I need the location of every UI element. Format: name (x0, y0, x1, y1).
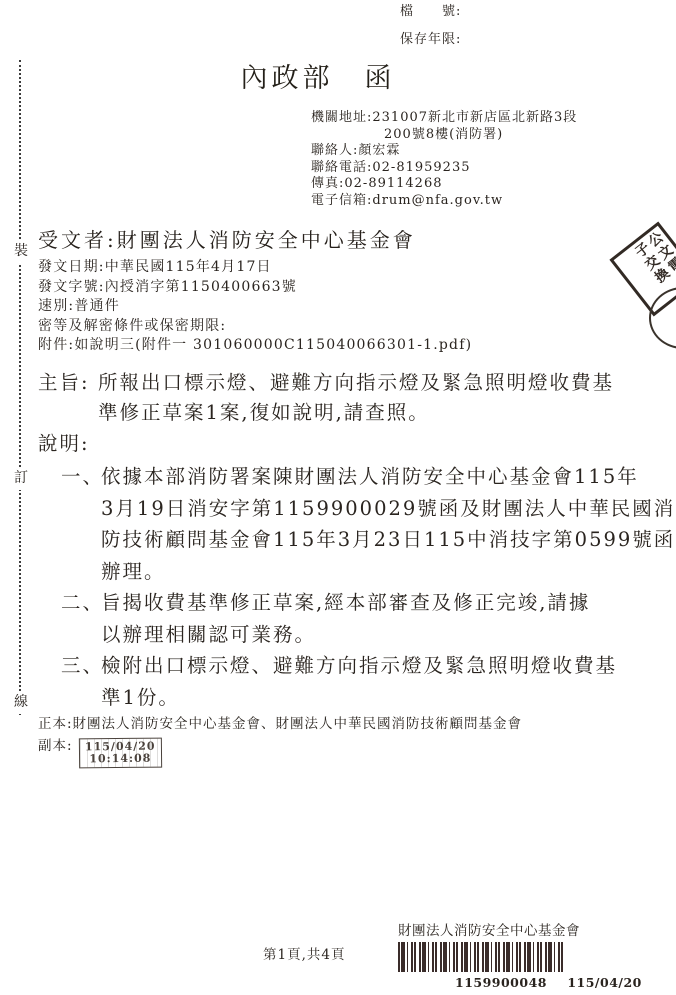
file-number-label: 檔 號: (400, 4, 490, 19)
sender-address-line2: 200號8樓(消防署) (384, 127, 577, 144)
explanation-label: 說明: (38, 428, 90, 456)
receipt-stamp-time: 10:14:08 (89, 752, 151, 766)
original-copy-line: 正本:財團法人消防安全中心基金會、財團法人中華民國消防技術顧問基金會 (38, 715, 522, 734)
barcode-numbers-row: 1159900048 115/04/20 (398, 975, 638, 990)
item-line: 3月19日消安字第1159900029號函及財團法人中華民國消 (101, 493, 675, 525)
dispatch-date: 發文日期:中華民國115年4月17日 (38, 258, 472, 278)
recipient-line: 受文者:財團法人消防安全中心基金會 (38, 224, 416, 253)
document-title: 內政部 函 (188, 56, 448, 95)
page-number-info: 第1頁,共4頁 (263, 943, 345, 963)
carbon-copy-label: 副本: (38, 737, 73, 756)
item-number: 二、 (61, 587, 104, 619)
binding-mark-zhuang: 裝 (12, 240, 30, 263)
speed-class: 速別:普通件 (38, 297, 472, 317)
subject-block: 主旨: 所報出口標示燈、避難方向指示燈及緊急照明燈收費基 準修正草案1案,復如說… (38, 368, 614, 428)
retention-period-label: 保存年限: (400, 32, 490, 47)
sender-address-line1: 機關地址:231007新北市新店區北新路3段 (311, 110, 577, 127)
item-line: 辦理。 (101, 556, 675, 588)
item-line: 依據本部消防署案陳財團法人消防安全中心基金會115年 (101, 461, 675, 493)
dispatch-number: 發文字號:內授消字第1150400663號 (38, 278, 472, 298)
item-line: 旨揭收費基準修正草案,經本部審查及修正完竣,請據 (101, 587, 675, 619)
item-number: 三、 (61, 650, 104, 682)
sender-contact-block: 機關地址:231007新北市新店區北新路3段 200號8樓(消防署) 聯絡人:顏… (311, 110, 577, 209)
item-line: 準1份。 (101, 682, 675, 714)
item-line: 以辦理相關認可業務。 (101, 619, 675, 651)
explanation-item-3: 三、 檢附出口標示燈、避難方向指示燈及緊急照明燈收費基 準1份。 (61, 650, 675, 713)
binding-mark-xian: 線 (12, 691, 30, 714)
sender-phone: 聯絡電話:02-81959235 (311, 160, 577, 177)
sender-contact-person: 聯絡人:顏宏霖 (311, 143, 577, 160)
binding-dotted-line (19, 60, 21, 715)
subject-label: 主旨: (38, 368, 90, 398)
item-line: 檢附出口標示燈、避難方向指示燈及緊急照明燈收費基 (101, 650, 675, 682)
archive-labels: 檔 號: 保存年限: (400, 4, 490, 60)
barcode-image (398, 942, 563, 972)
dispatch-meta-block: 發文日期:中華民國115年4月17日 發文字號:內授消字第1150400663號… (38, 258, 472, 356)
security-class: 密等及解密條件或保密期限: (38, 317, 472, 337)
binding-mark-ding: 訂 (12, 467, 30, 490)
barcode-organization: 財團法人消防安全中心基金會 (398, 919, 638, 939)
subject-line: 準修正草案1案,復如說明,請查照。 (98, 398, 614, 428)
barcode-number: 1159900048 (455, 975, 547, 990)
receipt-timestamp-stamp: 115/04/20 10:14:08 (78, 738, 161, 769)
explanation-item-1: 一、 依據本部消防署案陳財團法人消防安全中心基金會115年 3月19日消安字第1… (61, 461, 675, 587)
copies-block: 正本:財團法人消防安全中心基金會、財團法人中華民國消防技術顧問基金會 副本: 1… (38, 715, 522, 768)
item-number: 一、 (61, 461, 104, 493)
attachment-line: 附件:如說明三(附件一 301060000C115040066301-1.pdf… (38, 336, 472, 356)
explanation-items: 一、 依據本部消防署案陳財團法人消防安全中心基金會115年 3月19日消安字第1… (61, 461, 675, 713)
barcode-date: 115/04/20 (567, 975, 642, 990)
subject-line: 所報出口標示燈、避難方向指示燈及緊急照明燈收費基 (98, 368, 614, 398)
explanation-item-2: 二、 旨揭收費基準修正草案,經本部審查及修正完竣,請據 以辦理相關認可業務。 (61, 587, 675, 650)
barcode-block: 財團法人消防安全中心基金會 1159900048 115/04/20 (398, 919, 638, 990)
carbon-copy-row: 副本: 115/04/20 10:14:08 (38, 737, 522, 768)
official-letter-page: 裝 訂 線 檔 號: 保存年限: 內政部 函 機關地址:231007新北市新店區… (0, 0, 676, 995)
sender-fax: 傳真:02-89114268 (311, 176, 577, 193)
sender-email: 電子信箱:drum@nfa.gov.tw (311, 193, 577, 210)
item-line: 防技術顧問基金會115年3月23日115中消技字第0599號函 (101, 524, 675, 556)
